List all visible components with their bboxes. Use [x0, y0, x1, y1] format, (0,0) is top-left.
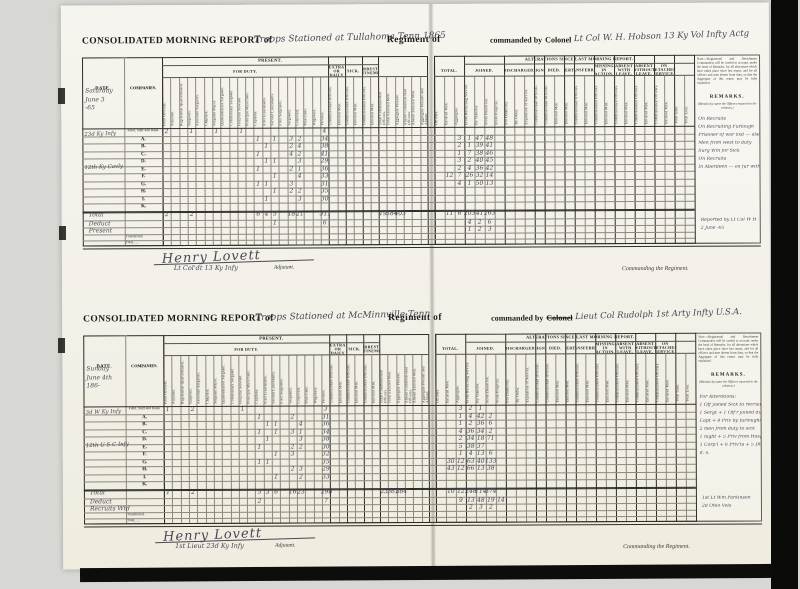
remark-bottom-line: Reported by Lt Col W H — 2 Lieut Vols	[701, 217, 759, 222]
remark-line: Capt + 4 Priv by furloughs to arrest the…	[700, 418, 761, 423]
cell-value: 2	[294, 151, 304, 157]
row-label: Field, Staff and Band.	[124, 129, 162, 133]
date-line: June 3	[85, 96, 123, 105]
column-group-header: SICK.	[346, 343, 363, 355]
cell-value: 32	[321, 451, 331, 457]
row-label: G.	[125, 182, 163, 187]
column-label: By Order.	[515, 77, 524, 125]
cell-value: 36	[319, 166, 329, 172]
cell-value: 38	[485, 466, 497, 472]
column-label: Captains.	[256, 356, 263, 404]
column-group-header: FOR DUTY.	[163, 343, 329, 356]
column-group-header: ON DETACHED SERVICE.	[655, 342, 675, 354]
date-handwriting: SundayJune 4th186-	[86, 365, 124, 391]
cell-value: 31	[320, 414, 330, 420]
cell-value: 3	[294, 158, 304, 164]
column-group-header: IN ARREST OR CONFINEMENT.	[362, 65, 379, 77]
cell-value: 33	[321, 474, 331, 480]
column-label: Wagoners.	[314, 355, 321, 403]
column-label: Regimental Quartermaster.	[181, 356, 188, 404]
row-label: H.	[126, 467, 164, 472]
column-label: From Desertion.	[486, 355, 495, 403]
column-label: Expiration of Service.	[526, 354, 535, 402]
column-group-header: JOINED.	[465, 343, 505, 355]
cell-value: 1	[163, 407, 173, 413]
cell-value: 4	[295, 173, 305, 179]
column-label: Enlisted Men.	[645, 76, 654, 124]
cell-value: 2	[187, 407, 197, 413]
column-label: Commissioned Officers.	[596, 354, 605, 402]
column-label: Commissioned Officers.	[636, 354, 645, 402]
column-label: Total Commissioned Officers.	[379, 77, 386, 125]
column-group-header: DISCHARGED.	[505, 342, 535, 354]
alterations-band-header: ALTERATIONS SINCE LAST MORNING REPORT.	[464, 55, 694, 65]
signature-rank-line: Lt Col'dt 13 Ky Infy	[174, 263, 238, 271]
remark-line: d. s.	[700, 450, 761, 455]
cell-value: 1	[253, 136, 263, 142]
column-label: Chaplain.	[205, 78, 212, 126]
cell-value: 3	[295, 196, 305, 202]
column-label: Adjutant.	[171, 78, 178, 126]
column-label: Chaplain.	[206, 356, 213, 404]
column-label: Wagoners.	[313, 77, 320, 125]
remarks-subheader: (Mention by name the Officers reported i…	[697, 102, 757, 110]
row-label: F.	[125, 174, 163, 179]
row-label: H.	[125, 189, 163, 194]
cell-value: 38	[319, 143, 329, 149]
row-label: Transferred.	[127, 513, 165, 517]
column-label: Assistant Surgeons.	[196, 78, 203, 126]
cell-value: 3	[296, 436, 306, 442]
column-label: Surgeons.	[189, 356, 196, 404]
column-label: By Order.	[516, 355, 525, 403]
column-group-header: TOTAL.	[435, 343, 465, 355]
column-label: Aggregate Present.	[396, 77, 403, 125]
row-label: G.	[126, 460, 164, 465]
column-label: Commissary Sergeant.	[230, 78, 237, 126]
column-label: Principal Musicians.	[247, 356, 254, 404]
column-label: For Disability.	[506, 355, 515, 403]
column-label: Enlisted Men.	[338, 77, 345, 125]
date-line: Saturday	[85, 87, 123, 96]
remark-line: On Recruits	[698, 157, 759, 162]
commander-handwriting: Lt Col W. H. Hobson 13 Ky Vol Infty Actg	[574, 28, 789, 45]
cell-value: 45	[483, 158, 495, 164]
column-label: Total Loss.	[686, 354, 695, 402]
column-label: Commissioned Officers.	[535, 76, 544, 124]
column-label: Commissioned Officers.	[616, 354, 625, 402]
column-label: Second Lieutenants.	[271, 78, 278, 126]
column-label: Commissioned Officers.	[575, 76, 584, 124]
remark-line: 1 night + 5 Priv from Hosp to duty	[700, 434, 761, 439]
scanned-document: CONSOLIDATED MORNING REPORT ofTroops Sta…	[0, 0, 800, 589]
column-label: Aggregate Present and Absent.	[421, 77, 428, 125]
cell-value: 1	[254, 414, 264, 420]
column-label: Enlisted Men.	[566, 354, 575, 402]
column-label: Total Enlisted Men.	[388, 77, 395, 125]
cell-value: 2	[296, 444, 306, 450]
cell-value: 1	[261, 196, 271, 202]
column-group-header	[674, 64, 694, 76]
cell-value: 1	[270, 189, 280, 195]
row-label: F.	[126, 452, 164, 457]
date-line: June 4th	[86, 374, 124, 383]
column-label: Aggregate Present.	[397, 355, 404, 403]
column-group-header: IN ARREST OR CONFINEMENT.	[363, 343, 380, 355]
column-label: Second Lieutenants.	[272, 356, 279, 404]
row-label: I.	[126, 475, 164, 480]
column-label: Commissioned Officers.	[546, 354, 555, 402]
column-group-header: ABSENT WITH LEAVE.	[615, 342, 635, 354]
cell-value: 1	[236, 129, 246, 135]
row-label: Total......	[126, 241, 164, 245]
cell-value: 48	[483, 135, 495, 141]
row-label: A.	[124, 137, 162, 142]
cell-value: 14	[484, 173, 496, 179]
commanded-by-label: commanded byColonel	[491, 313, 573, 322]
adjutant-label: Adjutant.	[275, 542, 295, 548]
cell-value: 37	[475, 443, 487, 449]
column-label: Captains.	[255, 78, 262, 126]
colonel-word: Colonel	[546, 313, 572, 322]
column-label: Commissioned Officers.	[364, 355, 371, 403]
column-label: Enlisted Men.	[586, 354, 595, 402]
column-label: Privates.	[321, 77, 328, 125]
cell-value: 38	[321, 436, 331, 442]
ledger-page: CONSOLIDATED MORNING REPORT ofTroops Sta…	[61, 2, 771, 569]
column-label: First Lieutenants.	[263, 78, 270, 126]
signature-rank-line: 1st Lieut 23d Ky Infy	[175, 541, 244, 549]
row-label: C.	[124, 152, 162, 157]
cell-value: 41	[483, 143, 495, 149]
column-group-header: MISSING IN ACTION.	[595, 342, 615, 354]
cell-value: 2	[295, 188, 305, 194]
report-title-row: CONSOLIDATED MORNING REPORT ofTroops Sta…	[82, 30, 782, 49]
commanded-by-prefix: commanded by	[491, 313, 543, 322]
morning-report-bottom: CONSOLIDATED MORNING REPORT ofTroops Sta…	[62, 302, 771, 585]
cell-value: 46	[483, 150, 495, 156]
column-label: First Lieutenants.	[264, 356, 271, 404]
remark-line: Men from west to duty	[698, 141, 759, 146]
column-label: Sergeant Major.	[214, 356, 221, 404]
column-label: Commissioned Officers.	[346, 77, 353, 125]
row-label: B.	[124, 144, 162, 149]
column-label: Commissioned Officers.	[347, 355, 354, 403]
cell-value: 1	[163, 490, 173, 496]
cell-value: 2	[161, 129, 171, 135]
column-group-header	[675, 342, 695, 354]
column-label: Musicians.	[304, 77, 311, 125]
spine-shadow-mark	[58, 338, 65, 353]
cell-value: 1	[254, 444, 264, 450]
column-label: Total Gain.	[676, 354, 685, 402]
column-label: Commissioned Officers.	[615, 76, 624, 124]
cell-value: 1	[211, 129, 221, 135]
cell-value: 1	[253, 166, 263, 172]
commanding-label: Commanding the Regiment.	[623, 543, 690, 549]
column-label: From Hospital.	[496, 355, 505, 403]
cell-value: 2	[485, 428, 497, 434]
column-label: Commissioned Officers.	[363, 77, 370, 125]
column-label: Hospital Steward.	[238, 78, 245, 126]
column-label: Enlisted Men.	[556, 354, 565, 402]
column-label: Commissioned Officers.	[545, 76, 554, 124]
column-group-header	[378, 65, 428, 77]
column-group-header: TRANSFERRED.	[575, 342, 595, 354]
column-label: Enlisted Men.	[585, 76, 594, 124]
cell-value: 42	[483, 165, 495, 171]
cell-value: 2	[485, 413, 497, 419]
column-label: Privates.	[322, 355, 329, 403]
column-group-header: RESIGNED.	[534, 64, 544, 76]
column-label: Enlisted Men.	[646, 354, 655, 402]
column-label: Enlisted Men.	[606, 354, 615, 402]
spine-shadow-mark	[59, 226, 66, 240]
row-label: A.	[126, 415, 164, 420]
column-label: Commissioned Officers.	[595, 76, 604, 124]
cell-value: 1	[253, 151, 263, 157]
row-label: E.	[124, 167, 162, 172]
column-label: Commissioned Officers.	[656, 354, 665, 402]
column-label: First Sergeants.	[281, 356, 288, 404]
cell-value: 2	[187, 211, 197, 217]
column-label: Absent Commissioned Officers.	[405, 355, 412, 403]
column-label: Commissioned Officers.	[329, 77, 336, 125]
report-title-suffix: Regiment of	[387, 35, 441, 45]
remark-line: 1 Sergt + 1 Off'r joined duty to duty	[700, 410, 761, 415]
cell-value: 34	[321, 429, 331, 435]
column-group-header: DISCHARGED.	[504, 64, 534, 76]
column-label: First Sergeants.	[279, 78, 286, 126]
cell-value: 311	[320, 211, 330, 217]
column-group-header: ON DETACHED SERVICE.	[654, 64, 674, 76]
cell-value: 29	[321, 466, 331, 472]
column-label: From Desertion.	[485, 77, 494, 125]
column-label: Sergeants.	[288, 78, 295, 126]
column-label: Officers.	[435, 77, 444, 125]
date-handwriting: SaturdayJune 3-65	[85, 87, 123, 113]
remark-line: In Aberdeen — on fur with 1 Lieut detach…	[698, 165, 759, 170]
remark-line: Surg Wm for Sick	[698, 149, 759, 154]
cell-value: 6	[485, 421, 497, 427]
row-label: Field, Staff and Band.	[126, 407, 164, 411]
cell-value: 30	[321, 444, 331, 450]
column-label: Regimental Quartermaster.	[180, 78, 187, 126]
column-label: Total Loss.	[685, 76, 694, 124]
column-label: Enlisted Men.	[354, 77, 361, 125]
cell-value: 1	[271, 429, 281, 435]
cell-value: 35	[321, 459, 331, 465]
row-label: K.	[125, 204, 163, 209]
cell-value: 6	[485, 451, 497, 457]
cell-value: 2	[287, 414, 297, 420]
column-group-header: RESIGNED.	[535, 342, 545, 354]
cell-value: 36	[321, 421, 331, 427]
cell-value: 374	[485, 488, 497, 494]
commanding-label: Commanding the Regiment.	[622, 265, 689, 271]
column-group-header: ON EXTRA OR DAILY DUTY.	[329, 343, 346, 355]
column-label: Quartermaster Sergeant.	[222, 356, 229, 404]
column-group-header: ABSENT WITHOUT LEAVE.	[634, 64, 654, 76]
column-label: Aggregate.	[455, 77, 464, 125]
cell-value: 31	[319, 181, 329, 187]
column-label: Hospital Steward.	[239, 356, 246, 404]
column-label: Commissioned Officers.	[576, 354, 585, 402]
commander-handwriting: Lieut Col Rudolph 1st Arty Infty U.S.A.	[575, 306, 790, 323]
column-label: Enlisted Men.	[665, 76, 674, 124]
cell-value: 1	[270, 174, 280, 180]
row-label: Transferred.	[126, 235, 164, 239]
cell-value: 298	[321, 489, 331, 495]
column-label: Total Gain.	[675, 76, 684, 124]
cell-value: 2	[294, 136, 304, 142]
column-label: Enlisted Men.	[372, 355, 379, 403]
report-title: CONSOLIDATED MORNING REPORT of	[82, 36, 273, 47]
row-label: D.	[124, 159, 162, 164]
cell-value: 1	[269, 136, 279, 142]
report-title-row: CONSOLIDATED MORNING REPORT ofTroops Sta…	[83, 308, 783, 327]
column-label: From Recruiting Service.	[466, 355, 475, 403]
cell-value: 403	[394, 211, 404, 217]
column-label: Aggregate.	[456, 355, 465, 403]
alterations-band-header: ALTERATIONS SINCE LAST MORNING REPORT.	[465, 333, 695, 343]
date-line: 186-	[86, 383, 124, 392]
column-group-header: DIED.	[545, 342, 565, 354]
row-label: Total......	[127, 519, 165, 523]
cell-value: 34	[319, 136, 329, 142]
column-label: Corporals.	[297, 355, 304, 403]
cell-value: 5	[270, 211, 280, 217]
cell-value: 1	[475, 406, 487, 412]
column-label: Commissioned Officers.	[536, 354, 545, 402]
cell-value: 35	[320, 188, 330, 194]
cell-value: 1	[263, 459, 273, 465]
column-group-header: DESERTED.	[565, 342, 575, 354]
commanded-by-label: commanded byColonel	[490, 35, 572, 44]
remarks-column: Note.—Regimental and Detachment Commande…	[695, 332, 762, 521]
cell-value: 1	[296, 429, 306, 435]
cell-value: 1	[270, 159, 280, 165]
cell-value: 1	[254, 429, 264, 435]
column-group-header	[379, 343, 429, 355]
column-label: Officers.	[436, 355, 445, 403]
cell-value: 1	[294, 166, 304, 172]
remarks-note: Note.—Regimental and Detachment Commande…	[698, 335, 758, 363]
column-group-header: ABSENT WITH LEAVE.	[614, 64, 634, 76]
report-table: DATE.COMPANIES.FOR DUTY.Field Officers.A…	[83, 332, 762, 523]
column-label: Sergeants.	[289, 356, 296, 404]
cell-value: 4	[319, 128, 329, 134]
column-label: Commissioned Officers.	[655, 76, 664, 124]
row-label-handwritten: Total	[90, 489, 105, 496]
companies-column-header: COMPANIES.	[125, 363, 163, 368]
column-label: Enlisted Men.	[625, 76, 634, 124]
cell-value: 4	[296, 421, 306, 427]
remarks-column: Note.—Regimental and Detachment Commande…	[694, 54, 761, 243]
colonel-word: Colonel	[545, 35, 571, 44]
date-line: -65	[85, 105, 123, 114]
morning-report-top: CONSOLIDATED MORNING REPORT ofTroops Sta…	[61, 24, 770, 307]
cell-value: 4	[294, 143, 304, 149]
column-label: Surgeons.	[188, 78, 195, 126]
column-label: From Hospital.	[495, 77, 504, 125]
report-table: DATE.COMPANIES.FOR DUTY.Field Officers.A…	[82, 54, 761, 245]
remark-line: On Recruits	[698, 117, 759, 122]
remarks-header: REMARKS.	[696, 372, 760, 377]
cell-value: 133	[485, 458, 497, 464]
column-label: Assistant Surgeons.	[198, 356, 205, 404]
cell-value: 2	[296, 474, 306, 480]
remarks-subheader: (Mention by name the Officers reported i…	[698, 380, 758, 388]
column-group-header: SICK.	[345, 65, 362, 77]
present-band-header: PRESENT.	[162, 56, 378, 66]
remark-bottom-line: 2 June -65	[701, 225, 759, 230]
cell-value: 30	[320, 196, 330, 202]
column-label: Field Officers.	[163, 78, 170, 126]
column-group-header: MISSING IN ACTION.	[594, 64, 614, 76]
row-label: B.	[126, 422, 164, 427]
cell-value: 23	[296, 489, 306, 495]
cell-value: 263	[484, 210, 496, 216]
column-group-header: ON EXTRA OR DAILY DUTY.	[328, 65, 345, 77]
column-label: Enlisted Men.	[445, 77, 454, 125]
column-label: Quartermaster Sergeant.	[221, 78, 228, 126]
remark-line: Prisoner of war lost — also on Regt Ex d…	[698, 133, 759, 138]
column-label: Enlisted Men.	[446, 355, 455, 403]
column-label: Enlisted Men.	[666, 354, 675, 402]
column-label: Enlisted Men.	[626, 354, 635, 402]
column-label: Principal Musicians.	[246, 78, 253, 126]
column-label: Commissioned Officers.	[331, 355, 338, 403]
column-group-header: TOTAL.	[434, 65, 464, 77]
row-label: K.	[126, 482, 164, 487]
present-band-header: PRESENT.	[163, 334, 379, 344]
column-group-header: ABSENT WITHOUT LEAVE.	[635, 342, 655, 354]
column-label: Corporals.	[296, 77, 303, 125]
cell-value: 6	[271, 489, 281, 495]
cell-value: 41	[319, 151, 329, 157]
book-edge-shadow	[771, 0, 798, 589]
column-group-header: DIED.	[544, 64, 564, 76]
remarks-header: REMARKS.	[695, 95, 759, 100]
column-label: Total Commissioned Officers.	[380, 355, 387, 403]
remark-bottom-line: 2d Ohio Vols	[702, 503, 760, 508]
commanded-by-prefix: commanded by	[490, 35, 542, 44]
cell-value: 21	[295, 211, 305, 217]
adjutant-label: Adjutant.	[274, 264, 294, 270]
column-label: Enlisted Men.	[339, 355, 346, 403]
date-line: Sunday	[86, 365, 124, 374]
remark-line: 1 Off joined Sick to recruiting duty	[700, 402, 761, 407]
unit-handwriting: 23d Ky Infy	[84, 131, 116, 138]
column-label: By Transfer.	[475, 77, 484, 125]
column-label: Enlisted Men.	[565, 76, 574, 124]
cell-value: 1	[261, 181, 271, 187]
cell-value: 3	[320, 406, 330, 412]
column-label: Enlisted Men.	[555, 76, 564, 124]
cell-value: 2	[162, 212, 172, 218]
column-label: Absent Enlisted Men.	[414, 355, 421, 403]
cell-value: 1	[237, 407, 247, 413]
row-label: E.	[126, 445, 164, 450]
cell-value: 1	[271, 474, 281, 480]
column-label: Total Enlisted Men.	[389, 355, 396, 403]
column-label: Enlisted Men.	[605, 76, 614, 124]
row-label-handwritten: Total	[89, 211, 104, 218]
column-label: Musicians.	[306, 355, 313, 403]
column-group-header: FOR DUTY.	[162, 65, 328, 78]
column-label: Commissioned Officers.	[635, 76, 644, 124]
